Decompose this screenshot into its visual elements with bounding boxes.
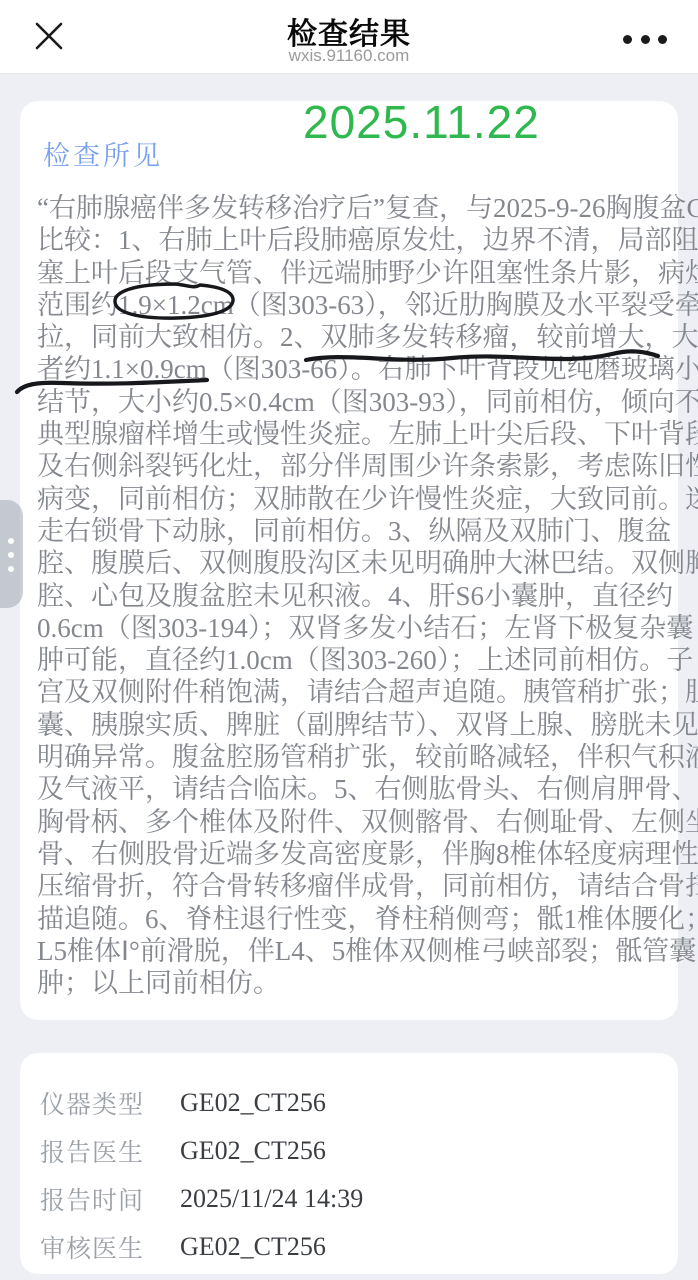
report-card: 2025.11.22 检查所见 “右肺腺癌伴多发转移治疗后”复查，与2025-9… <box>20 101 678 1020</box>
ellipsis-icon <box>641 35 650 44</box>
report-text: “右肺腺癌伴多发转移治疗后”复查，与2025-9-26胸腹盆CT 比较：1、右肺… <box>37 192 661 999</box>
floating-window-handle[interactable] <box>0 500 23 608</box>
report-line: 压缩骨折，符合骨转移瘤伴成骨，同前相仿，请结合骨扫 <box>37 870 661 902</box>
drag-dots-icon <box>8 538 14 572</box>
detail-value: GE02_CT256 <box>180 1232 326 1262</box>
report-line: 囊、胰腺实质、脾脏（副脾结节）、双肾上腺、膀胱未见 <box>37 709 661 741</box>
report-line: “右肺腺癌伴多发转移治疗后”复查，与2025-9-26胸腹盆CT <box>37 192 661 224</box>
detail-value: 2025/11/24 14:39 <box>180 1184 363 1214</box>
page-url: wxis.91160.com <box>0 46 698 66</box>
ellipsis-icon <box>658 35 667 44</box>
report-line: 拉，同前大致相仿。2、双肺多发转移瘤，较前增大，大 <box>37 321 661 353</box>
detail-row-instrument: 仪器类型 GE02_CT256 <box>40 1079 658 1127</box>
screen: 检查结果 wxis.91160.com 2025.11.22 检查所见 “右肺腺… <box>0 0 698 1280</box>
report-line: 腔、腹膜后、双侧腹股沟区未见明确肿大淋巴结。双侧胸 <box>37 547 661 579</box>
report-line: 者约1.1×0.9cm（图303-66）。右肺下叶背段见纯磨玻璃小 <box>37 353 661 385</box>
detail-row-report-time: 报告时间 2025/11/24 14:39 <box>40 1175 658 1223</box>
report-line: 骨、右侧股骨近端多发高密度影，伴胸8椎体轻度病理性 <box>37 838 661 870</box>
report-line: 结节，大小约0.5×0.4cm（图303-93），同前相仿，倾向不 <box>37 386 661 418</box>
report-line: 腔、心包及腹盆腔未见积液。4、肝S6小囊肿，直径约 <box>37 580 661 612</box>
detail-value: GE02_CT256 <box>180 1088 326 1118</box>
detail-label: 仪器类型 <box>40 1085 180 1121</box>
section-title-findings: 检查所见 <box>43 134 163 173</box>
report-line: 胸骨柄、多个椎体及附件、双侧髂骨、右侧耻骨、左侧坐 <box>37 806 661 838</box>
report-line: 及右侧斜裂钙化灶，部分伴周围少许条索影，考虑陈旧性 <box>37 450 661 482</box>
detail-label: 报告时间 <box>40 1181 180 1217</box>
report-line: 肿；以上同前相仿。 <box>37 967 661 999</box>
detail-value: GE02_CT256 <box>180 1136 326 1166</box>
exam-date: 2025.11.22 <box>303 95 540 149</box>
detail-label: 报告医生 <box>40 1133 180 1169</box>
report-line: 走右锁骨下动脉，同前相仿。3、纵隔及双肺门、腹盆 <box>37 515 661 547</box>
ellipsis-icon <box>623 35 632 44</box>
report-line: 明确异常。腹盆腔肠管稍扩张，较前略减轻，伴积气积液 <box>37 741 661 773</box>
report-line: 及气液平，请结合临床。5、右侧肱骨头、右侧肩胛骨、 <box>37 773 661 805</box>
report-line: 病变，同前相仿；双肺散在少许慢性炎症，大致同前。迷 <box>37 483 661 515</box>
report-line: 描追随。6、脊柱退行性变，脊柱稍侧弯；骶1椎体腰化； <box>37 903 661 935</box>
report-line: 比较：1、右肺上叶后段肺癌原发灶，边界不清，局部阻 <box>37 224 661 256</box>
detail-row-review-doctor: 审核医生 GE02_CT256 <box>40 1223 658 1271</box>
detail-row-report-doctor: 报告医生 GE02_CT256 <box>40 1127 658 1175</box>
more-menu-button[interactable] <box>623 28 667 50</box>
report-line: 典型腺瘤样增生或慢性炎症。左肺上叶尖后段、下叶背段 <box>37 418 661 450</box>
report-line: 塞上叶后段支气管、伴远端肺野少许阻塞性条片影，病灶 <box>37 257 661 289</box>
navbar: 检查结果 wxis.91160.com <box>0 0 698 74</box>
report-meta-card: 仪器类型 GE02_CT256 报告医生 GE02_CT256 报告时间 202… <box>20 1053 678 1274</box>
report-line: 0.6cm（图303-194）；双肾多发小结石；左肾下极复杂囊 <box>37 612 661 644</box>
report-line: 范围约1.9×1.2cm（图303-63），邻近肋胸膜及水平裂受牵 <box>37 289 661 321</box>
detail-label: 审核医生 <box>40 1229 180 1265</box>
report-line: 肿可能，直径约1.0cm（图303-260）；上述同前相仿。子 <box>37 644 661 676</box>
report-line: L5椎体Ⅰ°前滑脱，伴L4、5椎体双侧椎弓峡部裂；骶管囊 <box>37 935 661 967</box>
report-line: 宫及双侧附件稍饱满，请结合超声追随。胰管稍扩张；胆 <box>37 676 661 708</box>
